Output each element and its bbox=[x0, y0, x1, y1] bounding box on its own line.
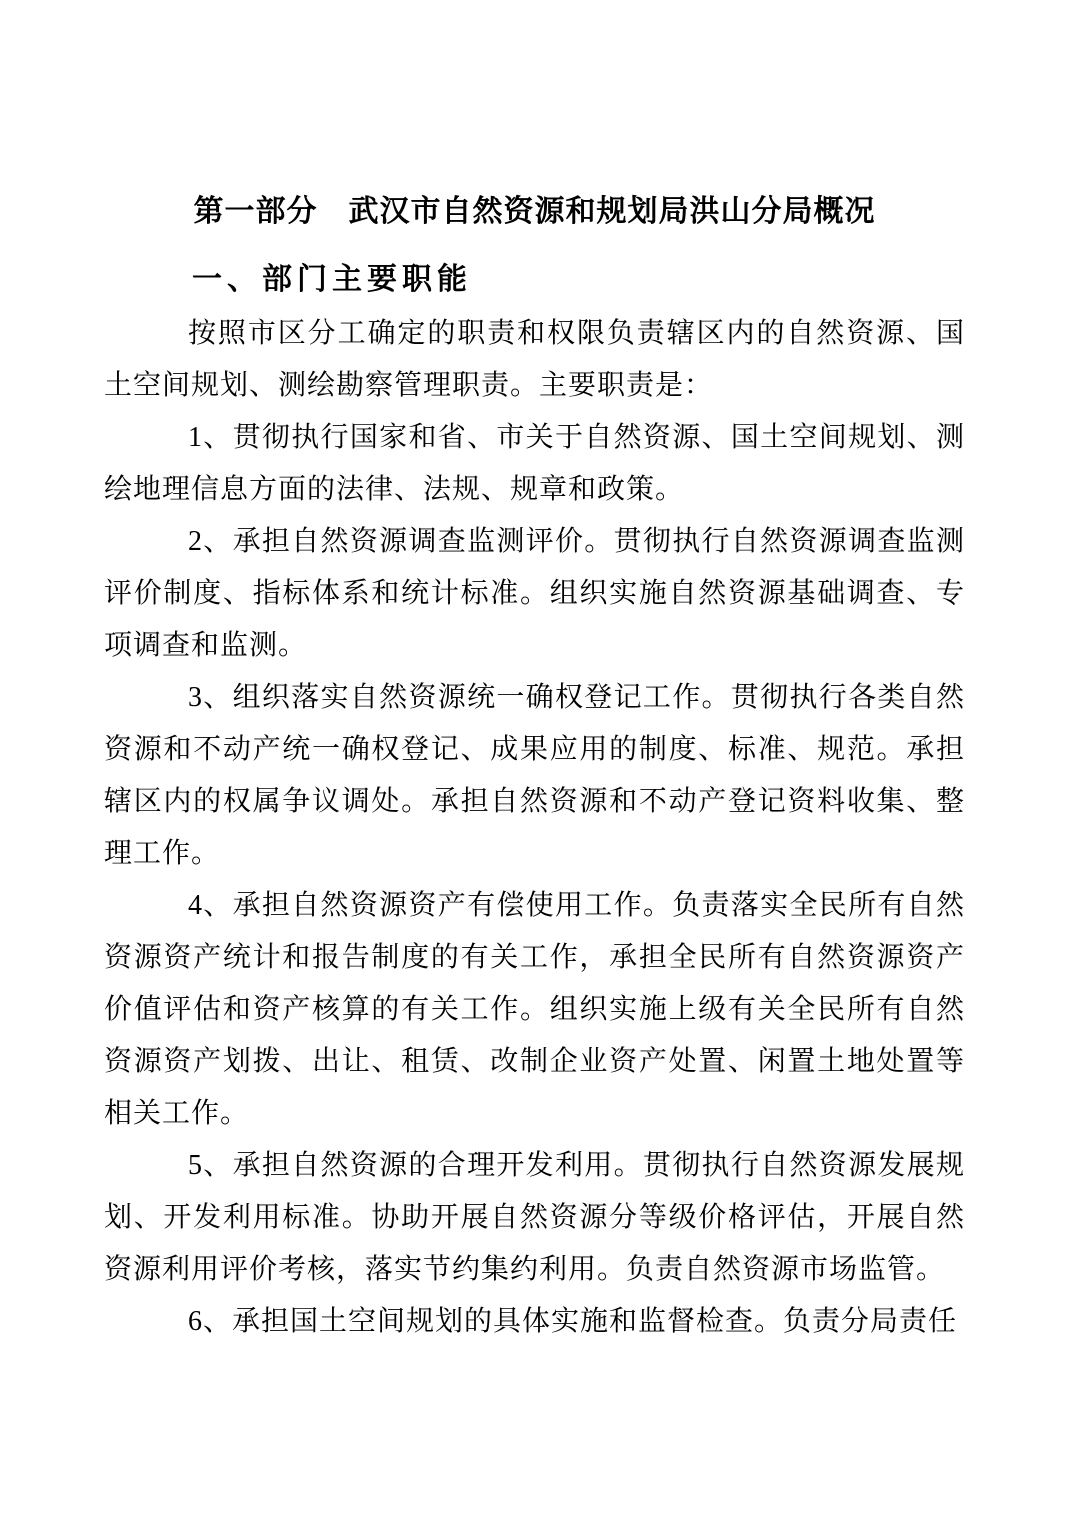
document-content: 第一部分 武汉市自然资源和规划局洪山分局概况 一、部门主要职能 按照市区分工确定… bbox=[104, 190, 965, 1348]
document-title: 第一部分 武汉市自然资源和规划局洪山分局概况 bbox=[104, 190, 965, 234]
paragraph-intro: 按照市区分工确定的职责和权限负责辖区内的自然资源、国土空间规划、测绘勘察管理职责… bbox=[104, 308, 965, 412]
section-heading: 一、部门主要职能 bbox=[104, 258, 965, 302]
paragraph-duty-6: 6、承担国土空间规划的具体实施和监督检查。负责分局责任 bbox=[104, 1296, 965, 1348]
paragraph-duty-5: 5、承担自然资源的合理开发利用。贯彻执行自然资源发展规划、开发利用标准。协助开展… bbox=[104, 1140, 965, 1296]
paragraph-duty-4: 4、承担自然资源资产有偿使用工作。负责落实全民所有自然资源资产统计和报告制度的有… bbox=[104, 880, 965, 1140]
paragraph-duty-2: 2、承担自然资源调查监测评价。贯彻执行自然资源调查监测评价制度、指标体系和统计标… bbox=[104, 516, 965, 672]
document-page: 第一部分 武汉市自然资源和规划局洪山分局概况 一、部门主要职能 按照市区分工确定… bbox=[0, 0, 1075, 1520]
paragraph-duty-3: 3、组织落实自然资源统一确权登记工作。贯彻执行各类自然资源和不动产统一确权登记、… bbox=[104, 672, 965, 880]
paragraph-duty-1: 1、贯彻执行国家和省、市关于自然资源、国土空间规划、测绘地理信息方面的法律、法规… bbox=[104, 412, 965, 516]
